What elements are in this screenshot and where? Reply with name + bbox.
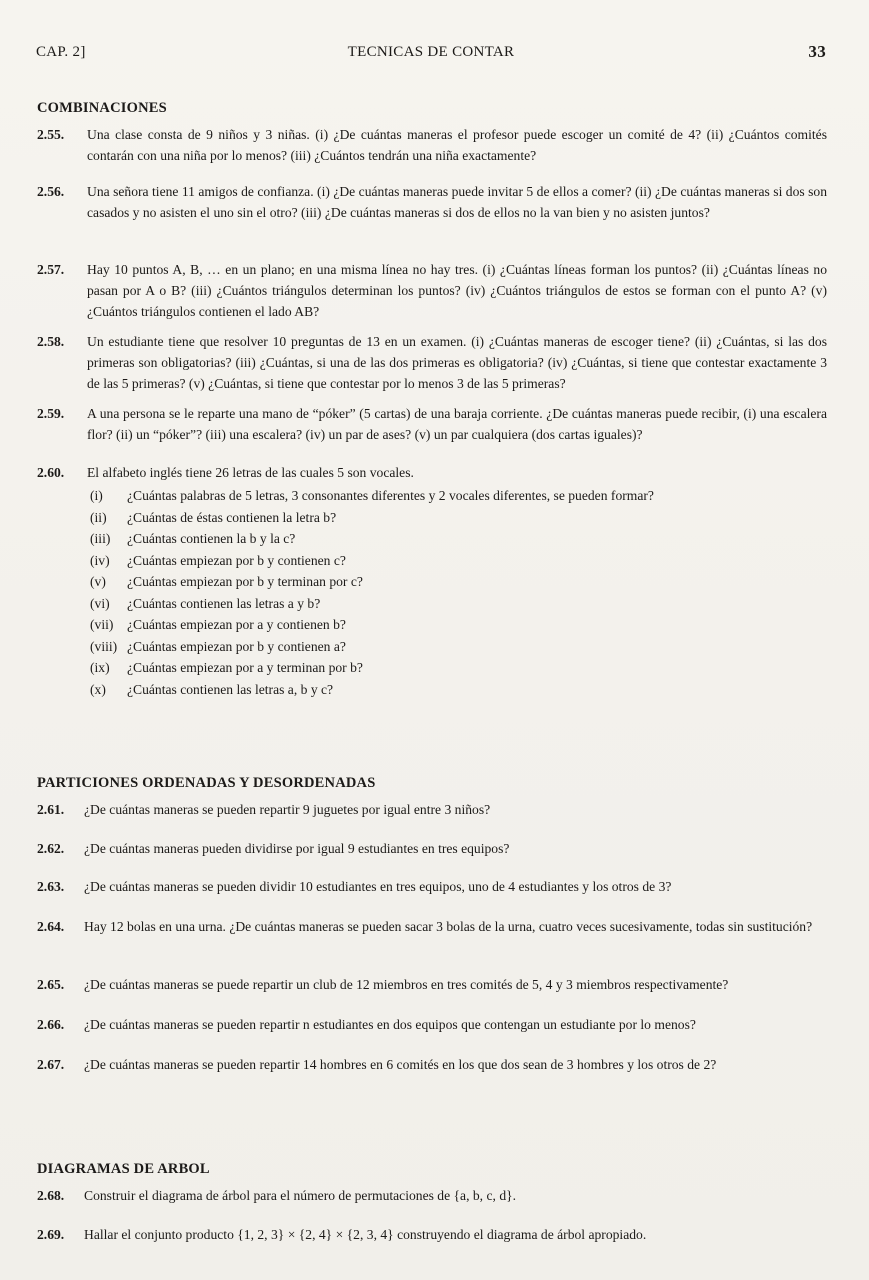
problem-number: 2.62.: [37, 838, 64, 859]
problem-number: 2.69.: [37, 1224, 64, 1245]
problem-text: ¿De cuántas maneras se pueden repartir 9…: [84, 799, 827, 820]
problem-2-55: 2.55. Una clase consta de 9 niños y 3 ni…: [37, 124, 827, 166]
problem-2-61: 2.61. ¿De cuántas maneras se pueden repa…: [37, 799, 827, 820]
problem-2-62: 2.62. ¿De cuántas maneras pueden dividir…: [37, 838, 827, 859]
problem-number: 2.61.: [37, 799, 64, 820]
problem-2-66: 2.66. ¿De cuántas maneras se pueden repa…: [37, 1014, 827, 1035]
subitem-label: (iii): [90, 528, 110, 550]
problem-text: ¿De cuántas maneras se puede repartir un…: [84, 974, 827, 995]
subitem-label: (vi): [90, 593, 110, 615]
subitem-text: ¿Cuántas palabras de 5 letras, 3 consona…: [127, 485, 654, 507]
problem-number: 2.65.: [37, 974, 64, 995]
problem-2-57: 2.57. Hay 10 puntos A, B, … en un plano;…: [37, 259, 827, 322]
section-heading-combinaciones: COMBINACIONES: [37, 100, 167, 117]
problem-number: 2.64.: [37, 916, 64, 937]
problem-2-58: 2.58. Un estudiante tiene que resolver 1…: [37, 331, 827, 394]
problem-2-56: 2.56. Una señora tiene 11 amigos de conf…: [37, 181, 827, 223]
problem-text: ¿De cuántas maneras se pueden repartir n…: [84, 1014, 827, 1035]
problem-number: 2.63.: [37, 876, 64, 897]
problem-text: Una señora tiene 11 amigos de confianza.…: [87, 181, 827, 223]
subitem-text: ¿Cuántas contienen las letras a, b y c?: [127, 679, 333, 701]
problem-number: 2.66.: [37, 1014, 64, 1035]
subitem-label: (viii): [90, 636, 117, 658]
problem-text: ¿De cuántas maneras se pueden dividir 10…: [84, 876, 827, 897]
problem-text: Hallar el conjunto producto {1, 2, 3} × …: [84, 1224, 827, 1245]
subitem-label: (ix): [90, 657, 110, 679]
problem-number: 2.56.: [37, 181, 64, 202]
problem-text: El alfabeto inglés tiene 26 letras de la…: [87, 462, 827, 483]
subitem-label: (i): [90, 485, 103, 507]
problem-number: 2.67.: [37, 1054, 64, 1075]
subitem-text: ¿Cuántas empiezan por a y terminan por b…: [127, 657, 363, 679]
subitem-text: ¿Cuántas contienen las letras a y b?: [127, 593, 320, 615]
problem-text: Hay 12 bolas en una urna. ¿De cuántas ma…: [84, 916, 827, 937]
problem-2-68: 2.68. Construir el diagrama de árbol par…: [37, 1185, 827, 1206]
subitem-label: (x): [90, 679, 106, 701]
section-heading-diagramas: DIAGRAMAS DE ARBOL: [37, 1161, 210, 1178]
subitem-label: (vii): [90, 614, 113, 636]
subitem-text: ¿Cuántas de éstas contienen la letra b?: [127, 507, 336, 529]
problem-2-65: 2.65. ¿De cuántas maneras se puede repar…: [37, 974, 827, 995]
subitem-text: ¿Cuántas contienen la b y la c?: [127, 528, 295, 550]
problem-2-67: 2.67. ¿De cuántas maneras se pueden repa…: [37, 1054, 827, 1075]
subitem-text: ¿Cuántas empiezan por a y contienen b?: [127, 614, 346, 636]
subitem-text: ¿Cuántas empiezan por b y terminan por c…: [127, 571, 363, 593]
subitem-text: ¿Cuántas empiezan por b y contienen a?: [127, 636, 346, 658]
problem-text: Un estudiante tiene que resolver 10 preg…: [87, 331, 827, 394]
page-number: 33: [808, 42, 826, 62]
running-header: CAP. 2] TECNICAS DE CONTAR 33: [36, 42, 826, 64]
problem-2-69: 2.69. Hallar el conjunto producto {1, 2,…: [37, 1224, 827, 1245]
subitem-label: (v): [90, 571, 106, 593]
problem-2-59: 2.59. A una persona se le reparte una ma…: [37, 403, 827, 445]
problem-number: 2.60.: [37, 462, 64, 483]
problem-text: Construir el diagrama de árbol para el n…: [84, 1185, 827, 1206]
textbook-page: CAP. 2] TECNICAS DE CONTAR 33 COMBINACIO…: [0, 0, 869, 1280]
subitem-label: (ii): [90, 507, 107, 529]
subitem-label: (iv): [90, 550, 110, 572]
problem-number: 2.59.: [37, 403, 64, 424]
problem-2-60: 2.60. El alfabeto inglés tiene 26 letras…: [37, 462, 827, 483]
problem-text: A una persona se le reparte una mano de …: [87, 403, 827, 445]
problem-number: 2.57.: [37, 259, 64, 280]
problem-text: ¿De cuántas maneras pueden dividirse por…: [84, 838, 827, 859]
problem-2-64: 2.64. Hay 12 bolas en una urna. ¿De cuán…: [37, 916, 827, 937]
problem-number: 2.58.: [37, 331, 64, 352]
problem-number: 2.55.: [37, 124, 64, 145]
section-heading-particiones: PARTICIONES ORDENADAS Y DESORDENADAS: [37, 775, 376, 792]
problem-2-63: 2.63. ¿De cuántas maneras se pueden divi…: [37, 876, 827, 897]
problem-text: ¿De cuántas maneras se pueden repartir 1…: [84, 1054, 827, 1075]
problem-text: Una clase consta de 9 niños y 3 niñas. (…: [87, 124, 827, 166]
problem-number: 2.68.: [37, 1185, 64, 1206]
problem-text: Hay 10 puntos A, B, … en un plano; en un…: [87, 259, 827, 322]
subitem-text: ¿Cuántas empiezan por b y contienen c?: [127, 550, 346, 572]
chapter-title: TECNICAS DE CONTAR: [36, 44, 826, 61]
